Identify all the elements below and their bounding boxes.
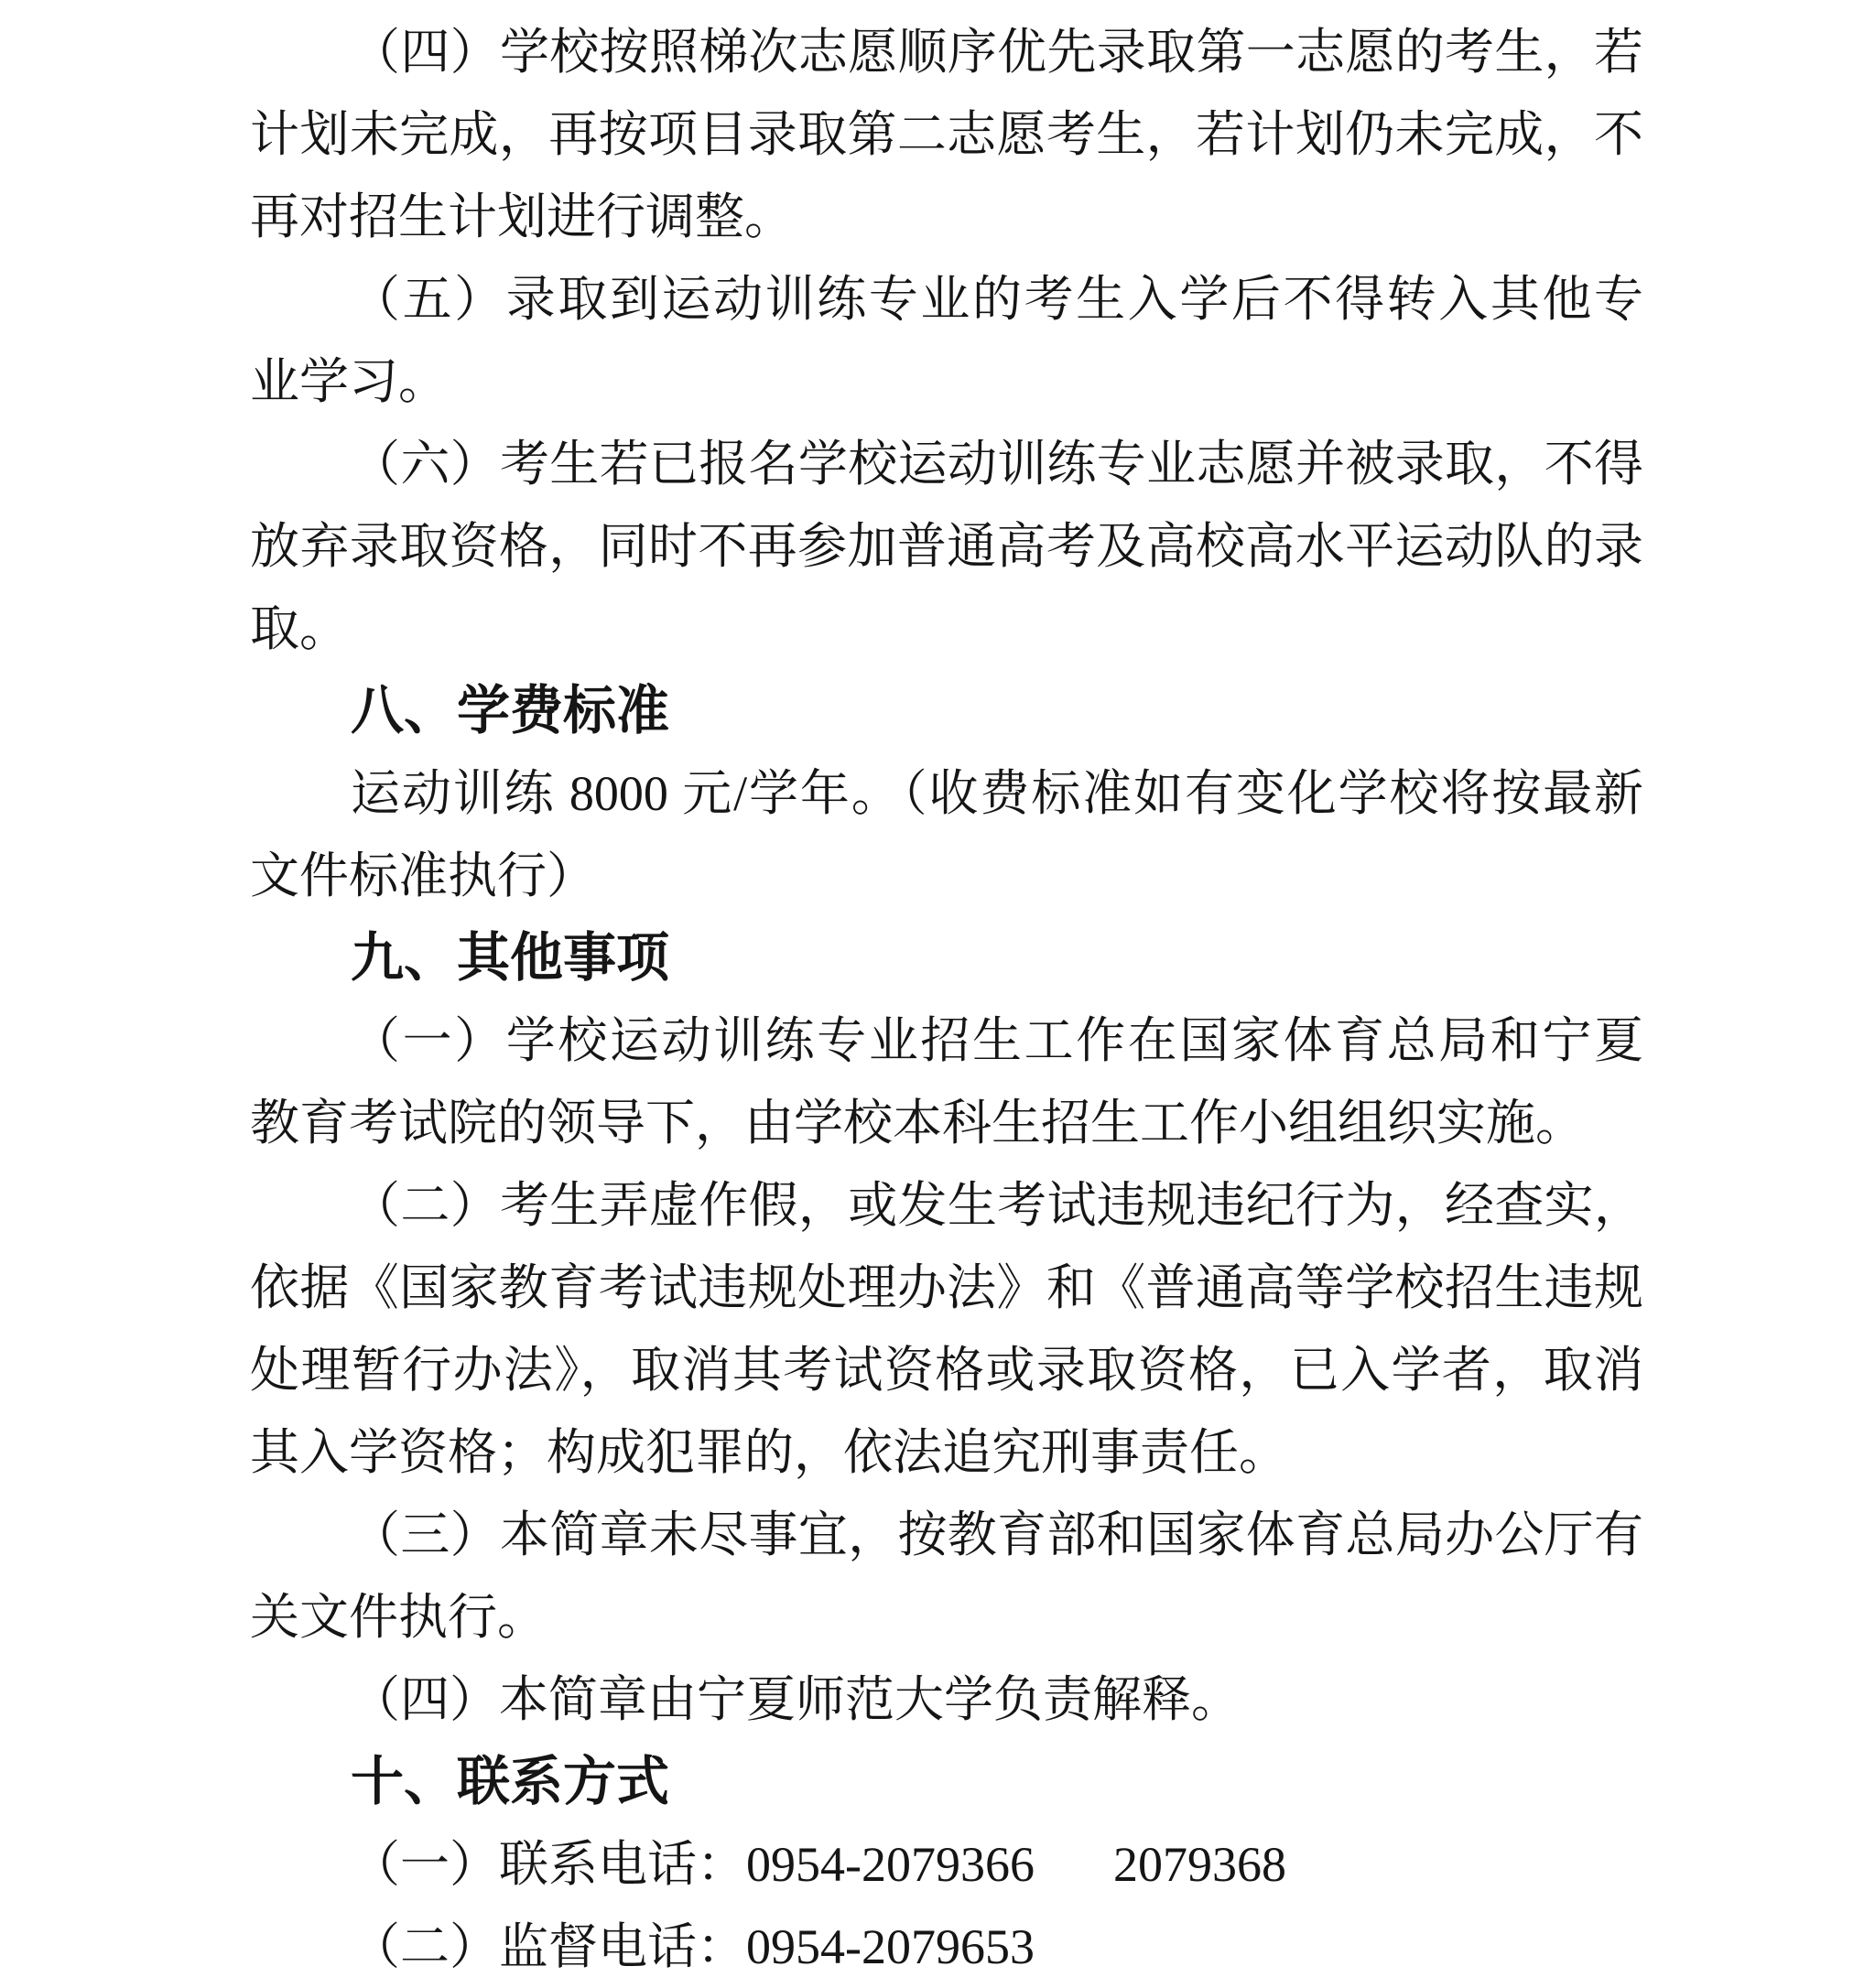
paragraph-line: 再对招生计划进行调整。 (250, 176, 1643, 258)
paragraph-line: （四）本简章由宁夏师范大学负责解释。 (250, 1658, 1643, 1741)
document-page: （四）学校按照梯次志愿顺序优先录取第一志愿的考生，若计划未完成，再按项目录取第二… (0, 0, 1875, 1988)
paragraph-line: 教育考试院的领导下，由学校本科生招生工作小组组织实施。 (250, 1082, 1643, 1164)
paragraph-line: （六）考生若已报名学校运动训练专业志愿并被录取，不得 (250, 423, 1643, 505)
phone-number: 0954-2079653 (746, 1919, 1035, 1974)
paragraph-line: （三）本简章未尽事宜，按教育部和国家体育总局办公厅有 (250, 1494, 1643, 1576)
paragraph-line: （四）学校按照梯次志愿顺序优先录取第一志愿的考生，若 (250, 11, 1643, 93)
section-heading: 八、学费标准 (250, 670, 1643, 752)
paragraph-line: 处理暂行办法》，取消其考试资格或录取资格，已入学者，取消 (250, 1329, 1643, 1411)
contact-label: （一）联系电话： (351, 1837, 746, 1892)
paragraph-line: （一）学校运动训练专业招生工作在国家体育总局和宁夏 (250, 999, 1643, 1082)
section-heading: 十、联系方式 (250, 1741, 1643, 1823)
contact-line: （一）联系电话：0954-20793662079368 (250, 1823, 1643, 1906)
phone-number: 2079368 (1113, 1837, 1286, 1892)
paragraph-line: 依据《国家教育考试违规处理办法》和《普通高等学校招生违规 (250, 1247, 1643, 1329)
paragraph-line: （五）录取到运动训练专业的考生入学后不得转入其他专 (250, 258, 1643, 340)
paragraph-line: 放弃录取资格，同时不再参加普通高考及高校高水平运动队的录 (250, 505, 1643, 588)
contact-line: （二）监督电话：0954-2079653 (250, 1906, 1643, 1988)
paragraph-line: 取。 (250, 588, 1643, 670)
paragraph-line: 运动训练 8000 元/学年。（收费标准如有变化学校将按最新 (250, 752, 1643, 835)
paragraph-line: （二）考生弄虚作假，或发生考试违规违纪行为，经查实， (250, 1164, 1643, 1247)
paragraph-line: 业学习。 (250, 340, 1643, 423)
document-text-block: （四）学校按照梯次志愿顺序优先录取第一志愿的考生，若计划未完成，再按项目录取第二… (250, 11, 1643, 1988)
paragraph-line: 其入学资格；构成犯罪的，依法追究刑事责任。 (250, 1411, 1643, 1494)
contact-label: （二）监督电话： (351, 1919, 746, 1974)
paragraph-line: 计划未完成，再按项目录取第二志愿考生，若计划仍未完成，不 (250, 93, 1643, 176)
phone-number: 0954-2079366 (746, 1837, 1035, 1892)
section-heading: 九、其他事项 (250, 917, 1643, 999)
paragraph-line: 文件标准执行） (250, 835, 1643, 917)
paragraph-line: 关文件执行。 (250, 1576, 1643, 1658)
